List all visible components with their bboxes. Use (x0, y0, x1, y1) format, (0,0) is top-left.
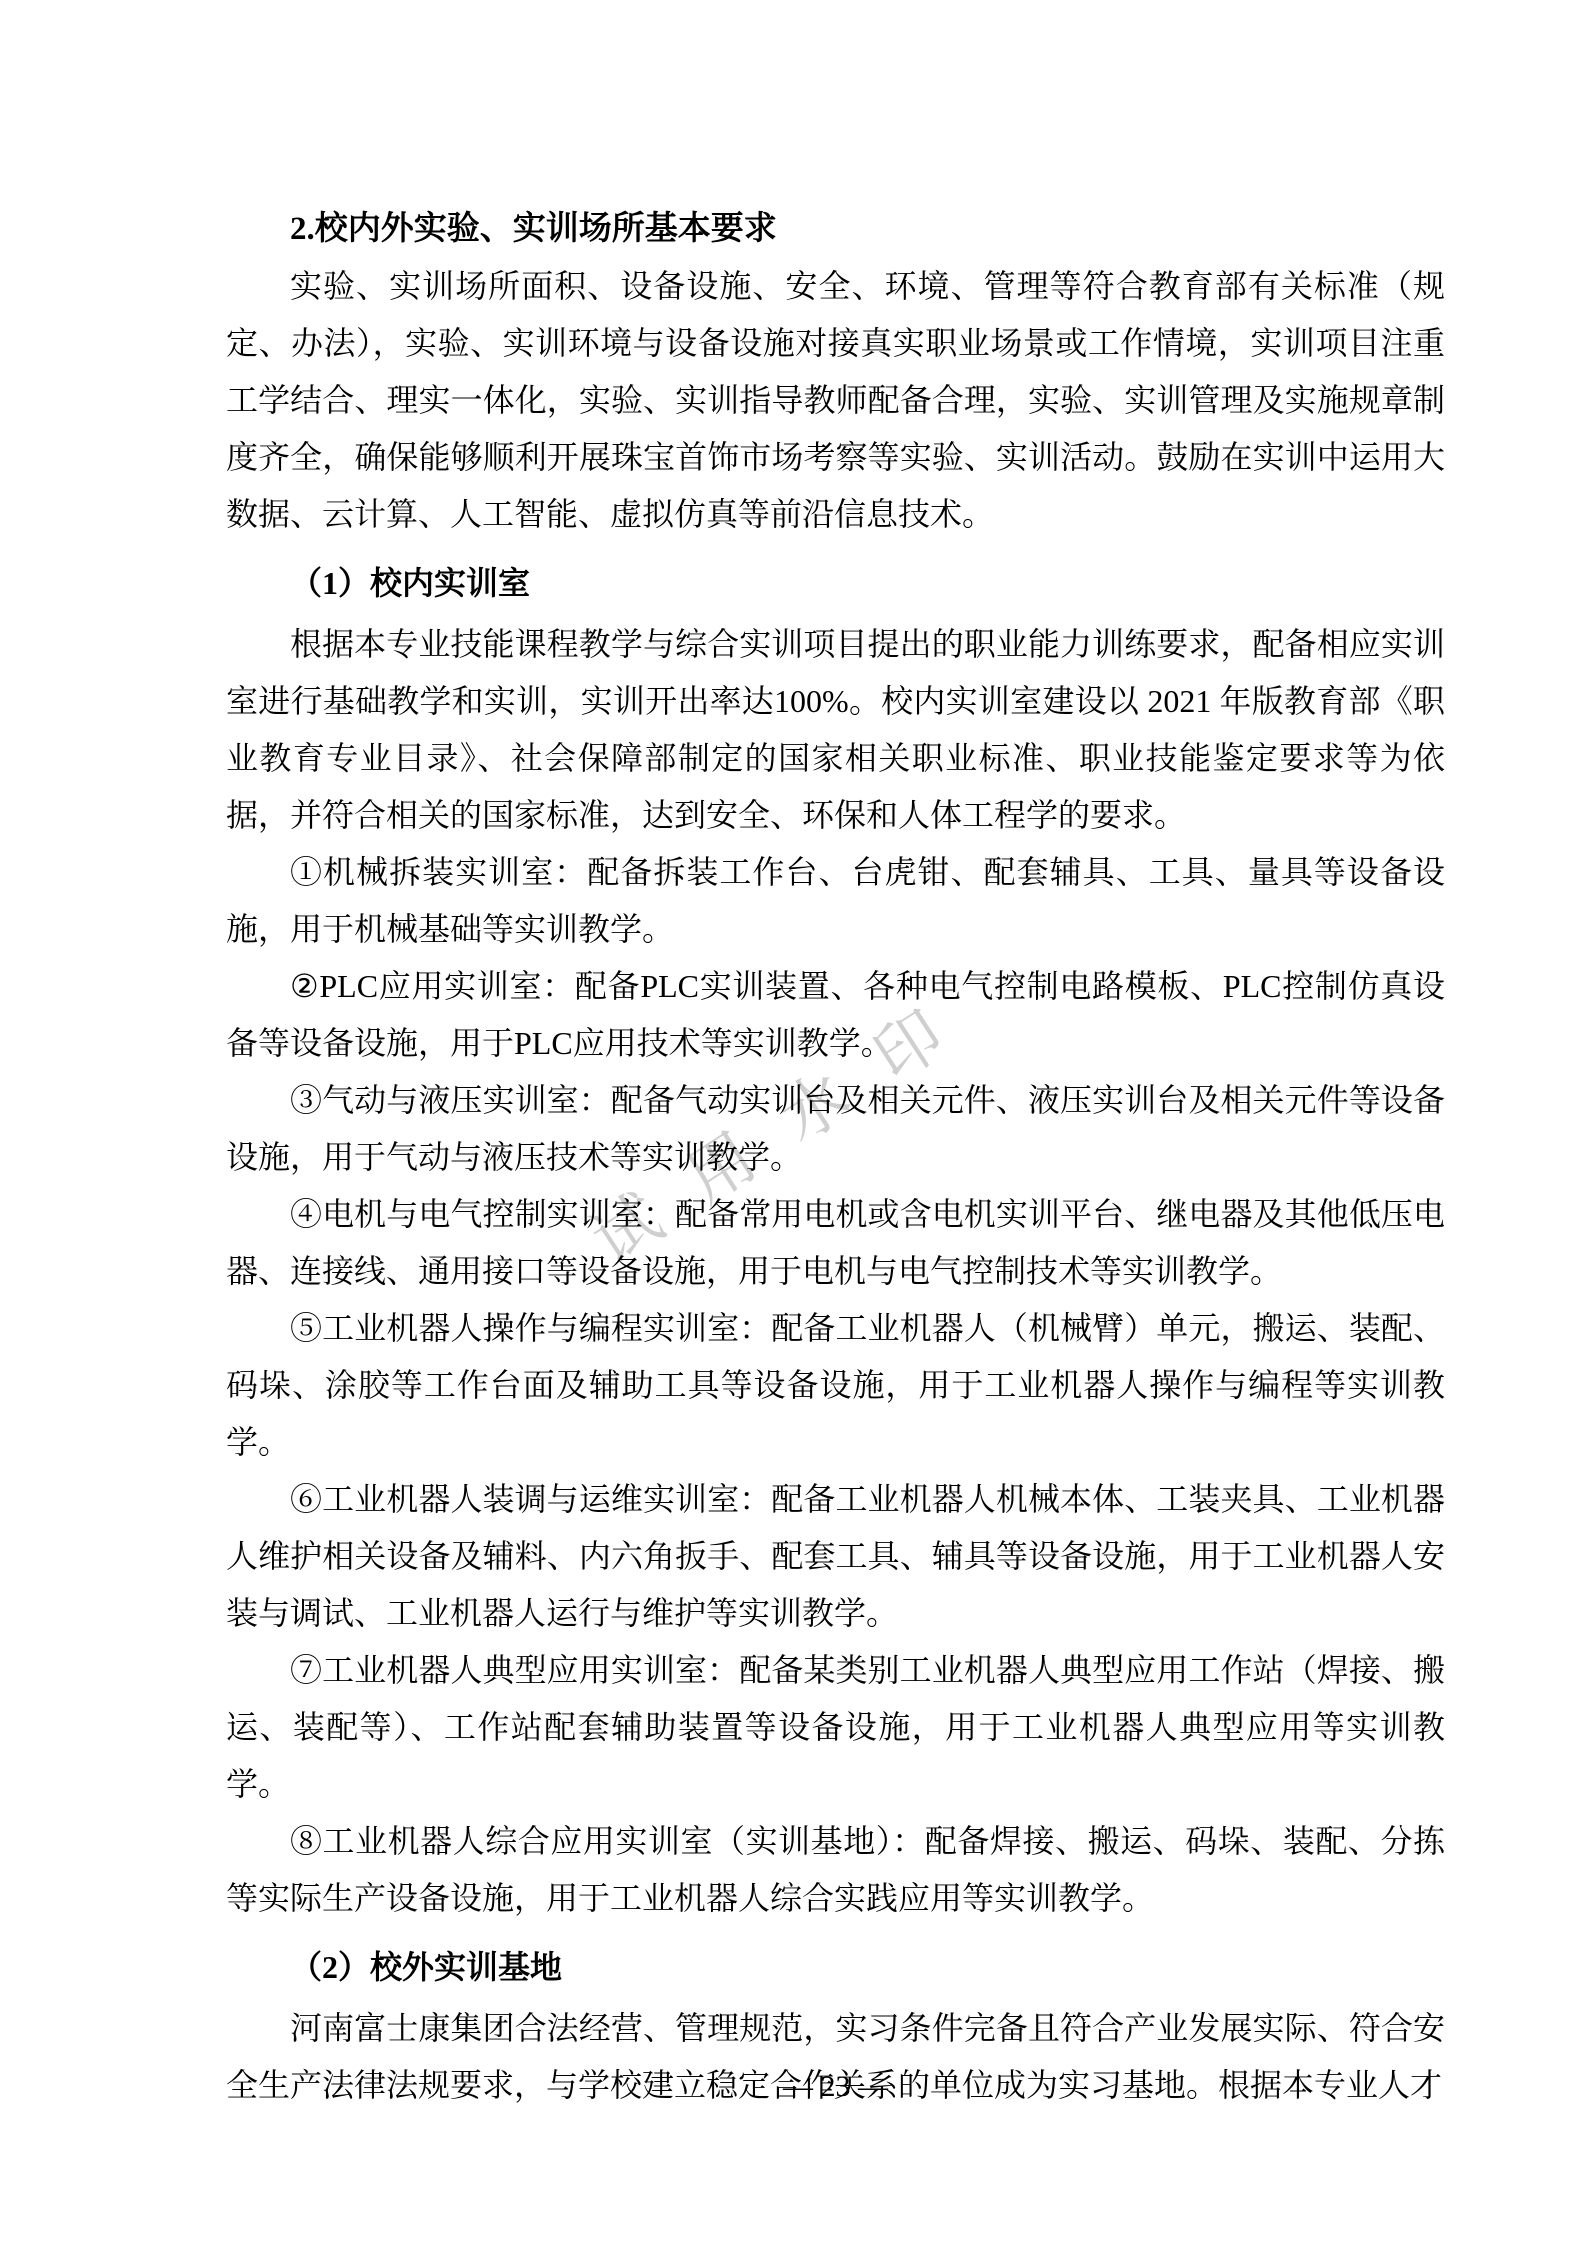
paragraph-item-5-robot-operation-programming: ⑤工业机器人操作与编程实训室：配备工业机器人（机械臂）单元，搬运、装配、码垛、涂… (226, 1300, 1445, 1471)
intro-paragraph: 实验、实训场所面积、设备设施、安全、环境、管理等符合教育部有关标准（规定、办法）… (226, 258, 1445, 543)
subsection-heading-campus-training-rooms: （1）校内实训室 (226, 555, 1445, 612)
document-page: 试用水印 2.校内外实验、实训场所基本要求 实验、实训场所面积、设备设施、安全、… (0, 0, 1587, 2245)
paragraph-item-1-mechanical-assembly: ①机械拆装实训室：配备拆装工作台、台虎钳、配套辅具、工具、量具等设备设施，用于机… (226, 844, 1445, 958)
paragraph-item-6-robot-install-maintain: ⑥工业机器人装调与运维实训室：配备工业机器人机械本体、工装夹具、工业机器人维护相… (226, 1471, 1445, 1642)
paragraph-item-3-pneumatic-hydraulic: ③气动与液压实训室：配备气动实训台及相关元件、液压实训台及相关元件等设备设施，用… (226, 1072, 1445, 1186)
paragraph-training-room-overview: 根据本专业技能课程教学与综合实训项目提出的职业能力训练要求，配备相应实训室进行基… (226, 616, 1445, 844)
paragraph-item-2-plc: ②PLC应用实训室：配备PLC实训装置、各种电气控制电路模板、PLC控制仿真设备… (226, 958, 1445, 1072)
paragraph-item-4-motor-electric-control: ④电机与电气控制实训室：配备常用电机或含电机实训平台、继电器及其他低压电器、连接… (226, 1186, 1445, 1300)
section-heading: 2.校内外实验、实训场所基本要求 (226, 201, 1445, 258)
subsection-heading-offcampus-training-base: （2）校外实训基地 (226, 1939, 1445, 1996)
page-content: 2.校内外实验、实训场所基本要求 实验、实训场所面积、设备设施、安全、环境、管理… (226, 201, 1445, 2114)
paragraph-item-8-robot-comprehensive-application: ⑧工业机器人综合应用实训室（实训基地）：配备焊接、搬运、码垛、装配、分拣等实际生… (226, 1813, 1445, 1927)
paragraph-item-7-robot-typical-application: ⑦工业机器人典型应用实训室：配备某类别工业机器人典型应用工作站（焊接、搬运、装配… (226, 1642, 1445, 1813)
page-number: — 23 — (226, 2070, 1445, 2104)
